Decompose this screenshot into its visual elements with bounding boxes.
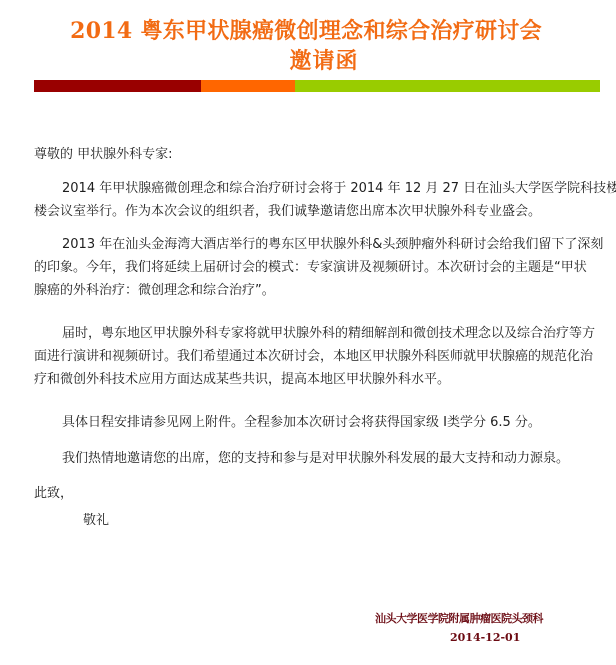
divider-segment-orange: [201, 80, 295, 92]
paragraph-line: 具体日程安排请参见网上附件。全程参加本次研讨会将获得国家级 I类学分 6.5 分…: [62, 415, 541, 431]
divider-segment-green: [295, 80, 600, 92]
paragraph-line: 届时，粤东地区甲状腺外科专家将就甲状腺外科的精细解剖和微创技术理念以及综合治疗等…: [62, 326, 595, 342]
regards: 敬礼: [83, 513, 109, 529]
paragraph-line: 我们热情地邀请您的出席，您的支持和参与是对甲状腺外科发展的最大支持和动力源泉。: [62, 451, 569, 467]
salutation: 尊敬的 甲状腺外科专家:: [34, 147, 173, 163]
signature-date: 2014-12-01: [450, 631, 520, 644]
closing: 此致，: [34, 486, 73, 502]
paragraph-line: 面进行演讲和视频研讨。我们希望通过本次研讨会，本地区甲状腺外科医师就甲状腺癌的规…: [34, 349, 593, 365]
page-subtitle: 邀请函: [16, 49, 616, 73]
signature-organization: 汕头大学医学院附属肿瘤医院头颈科: [375, 610, 543, 626]
paragraph-line: 2013 年在汕头金海湾大酒店举行的粤东区甲状腺外科&头颈肿瘤外科研讨会给我们留…: [62, 237, 603, 253]
paragraph-line: 的印象。今年，我们将延续上届研讨会的模式：专家演讲及视频研讨。本次研讨会的主题是…: [34, 260, 587, 276]
color-divider: [34, 80, 600, 92]
page-title: 2014 粤东甲状腺癌微创理念和综合治疗研讨会: [0, 19, 614, 43]
paragraph-line: 2014 年甲状腺癌微创理念和综合治疗研讨会将于 2014 年 12 月 27 …: [62, 181, 616, 197]
paragraph-line: 腺癌的外科治疗：微创理念和综合治疗”。: [34, 283, 275, 299]
divider-segment-red: [34, 80, 201, 92]
paragraph-line: 楼会议室举行。作为本次会议的组织者，我们诚挚邀请您出席本次甲状腺外科专业盛会。: [34, 204, 541, 220]
paragraph-line: 疗和微创外科技术应用方面达成某些共识，提高本地区甲状腺外科水平。: [34, 372, 450, 388]
